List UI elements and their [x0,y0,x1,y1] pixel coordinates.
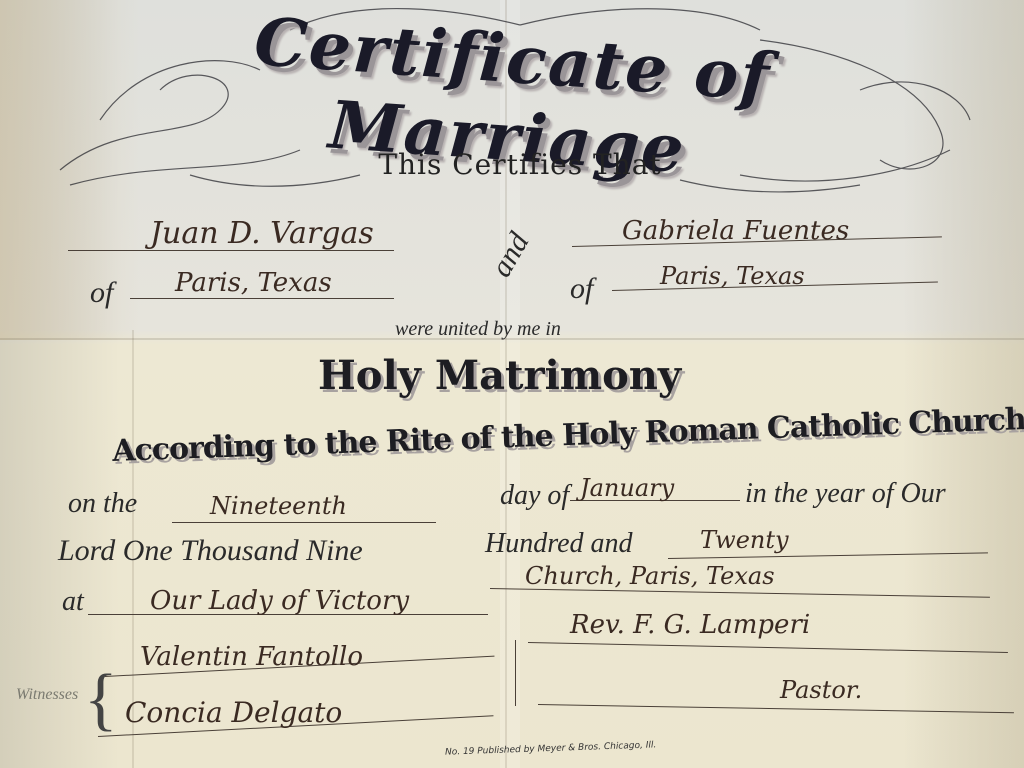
bride-residence: Paris, Texas [660,262,805,290]
witness-1-name: Valentin Fantollo [140,642,363,672]
signature-divider [515,640,516,706]
groom-residence: Paris, Texas [175,268,332,298]
day-value: Nineteenth [210,492,347,520]
year-value: Twenty [700,526,789,554]
groom-name: Juan D. Vargas [150,216,374,251]
officiant-title: Pastor. [780,676,862,704]
bride-name: Gabriela Fuentes [622,216,849,246]
church-location: Church, Paris, Texas [525,562,775,590]
on-the-label: on the [68,488,137,520]
holy-matrimony-heading: Holy Matrimony [318,352,681,399]
at-label: at [62,586,84,618]
certificate-paper: Certificate of Marriage This Certifies T… [0,0,1024,768]
officiant-name: Rev. F. G. Lamperi [570,610,810,640]
day-of-label: day of [500,480,569,512]
certificate-subtitle: This Certifies That [360,148,680,181]
church-name: Our Lady of Victory [150,586,409,616]
witnesses-label: Witnesses [16,686,78,704]
witnesses-brace: { [84,660,118,740]
year-of-our-label: in the year of Our [745,478,946,510]
publisher-note: No. 19 Published by Meyer & Bros. Chicag… [445,740,657,757]
rite-heading: According to the Rite of the Holy Roman … [112,402,1024,469]
month-value: January [580,474,674,502]
bride-of-label: of [570,272,593,306]
witness-2-name: Concia Delgato [125,696,342,729]
hundred-and-label: Hundred and [485,528,633,560]
day-line [172,522,436,523]
groom-residence-line [130,298,394,299]
groom-of-label: of [90,276,113,310]
and-label: and [485,227,537,283]
lord-label: Lord One Thousand Nine [58,534,363,568]
united-text: were united by me in [395,318,561,341]
